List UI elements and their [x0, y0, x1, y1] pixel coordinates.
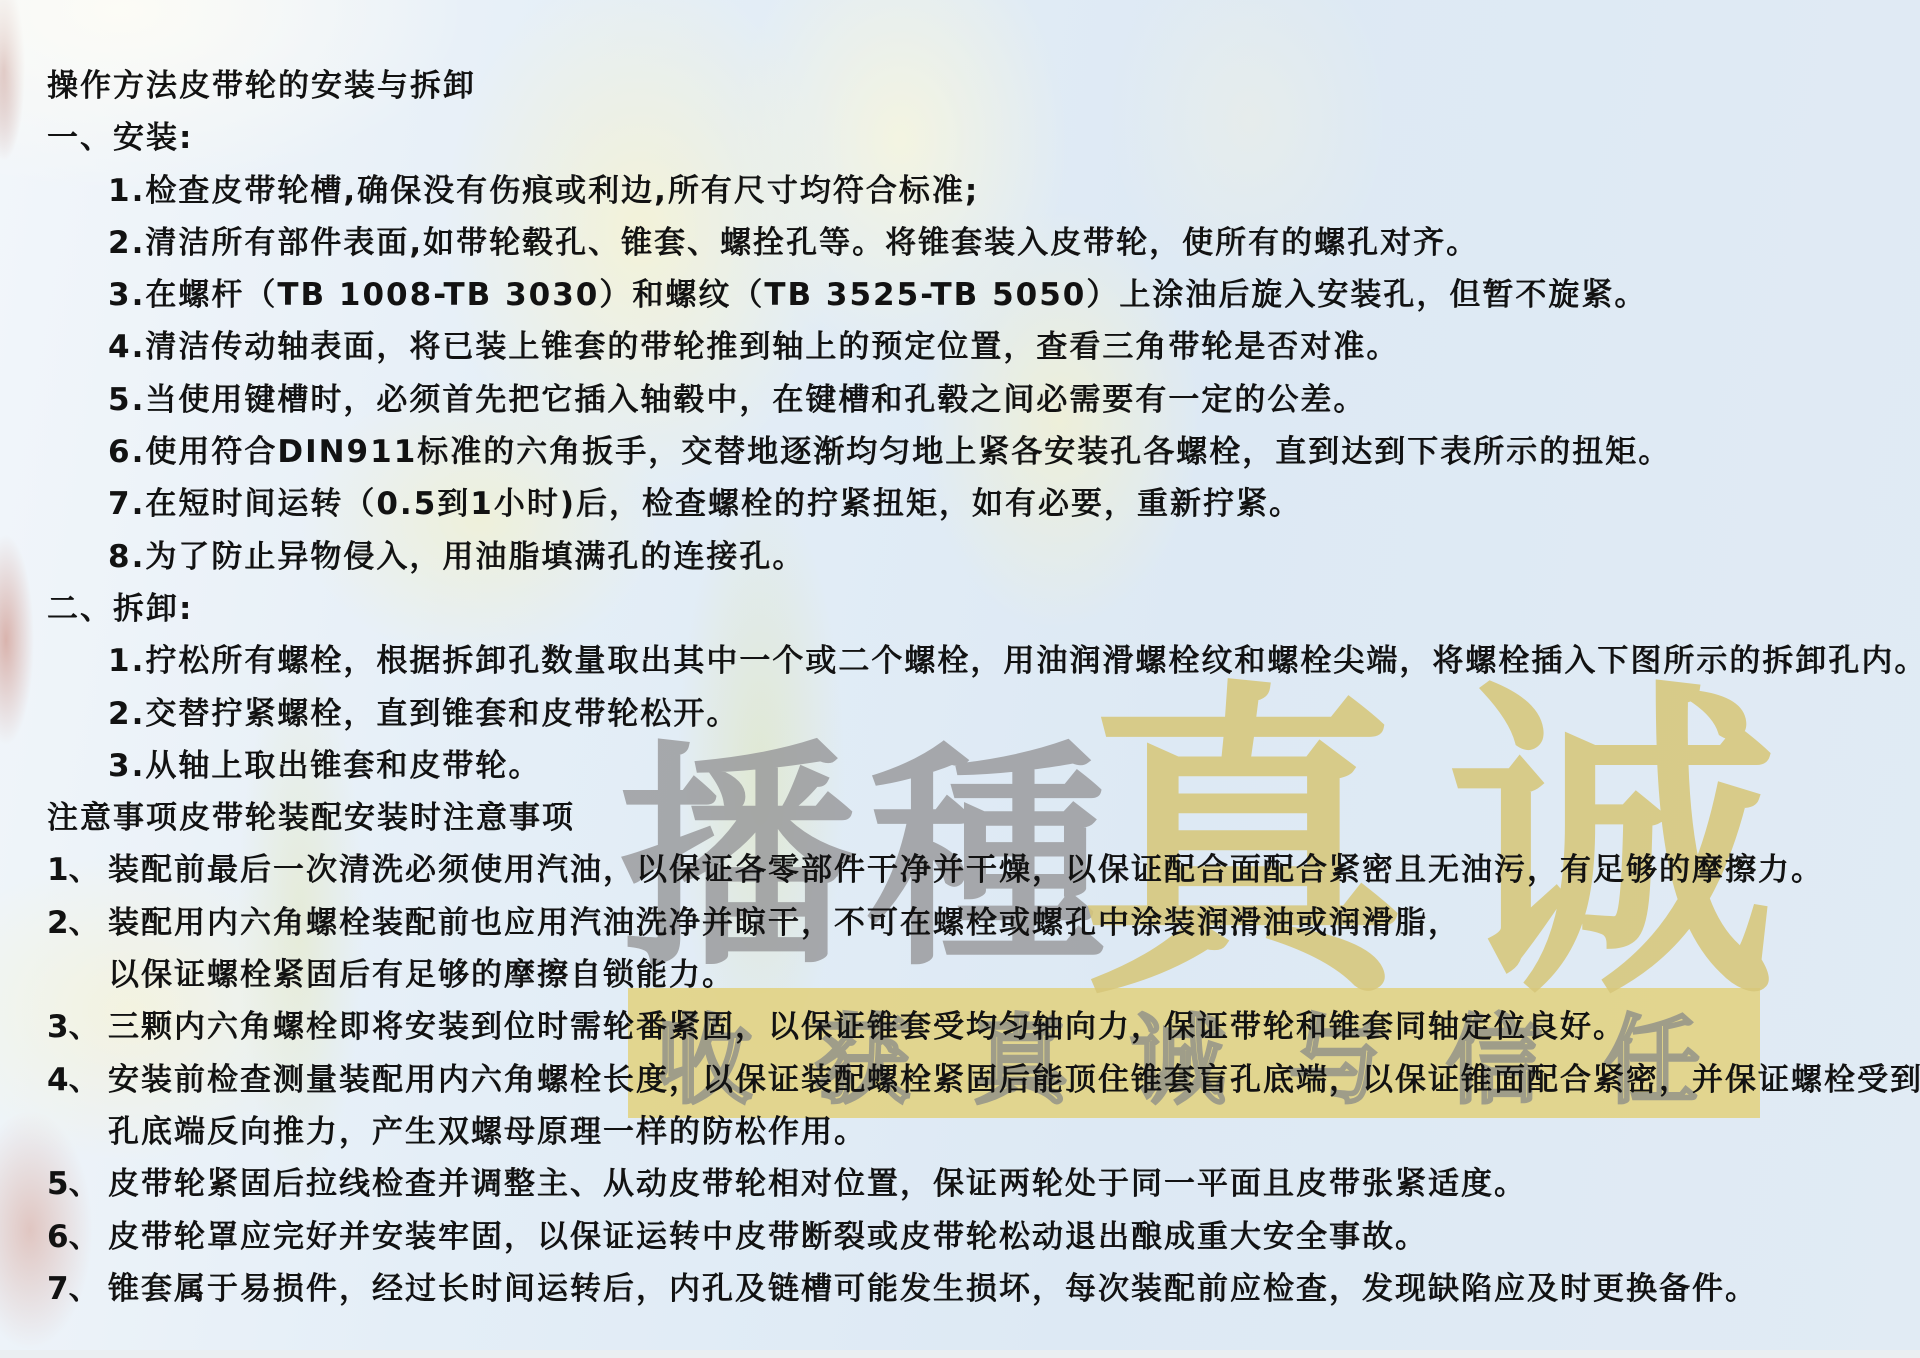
section-heading-text: 一、安装: — [47, 120, 193, 156]
list-item: 1.检查皮带轮槽,确保没有伤痕或利边,所有尺寸均符合标准; — [0, 165, 1920, 217]
document-title: 操作方法皮带轮的安装与拆卸 — [0, 60, 1920, 112]
note-number: 7、 — [47, 1263, 108, 1315]
note-number: 5、 — [47, 1158, 108, 1210]
note-item-text: 安装前检查测量装配用内六角螺栓长度，以保证装配螺栓紧固后能顶住锥套盲孔底端，以保… — [108, 1062, 1920, 1098]
list-item-text: 1.拧松所有螺栓，根据拆卸孔数量取出其中一个或二个螺栓，用油润滑螺栓纹和螺栓尖端… — [108, 643, 1920, 679]
note-number: 6、 — [47, 1211, 108, 1263]
list-item: 1.拧松所有螺栓，根据拆卸孔数量取出其中一个或二个螺栓，用油润滑螺栓纹和螺栓尖端… — [0, 635, 1920, 687]
list-item: 4.清洁传动轴表面，将已装上锥套的带轮推到轴上的预定位置，查看三角带轮是否对准。 — [0, 321, 1920, 373]
note-item: 3、三颗内六角螺栓即将安装到位时需轮番紧固，以保证锥套受均匀轴向力，保证带轮和锥… — [0, 1001, 1920, 1053]
note-item-text: 装配前最后一次清洗必须使用汽油，以保证各零部件干净并干燥，以保证配合面配合紧密且… — [108, 852, 1824, 888]
section-heading: 一、安装: — [0, 112, 1920, 164]
list-item-text: 7.在短时间运转（0.5到1小时)后，检查螺栓的拧紧扭矩，如有必要，重新拧紧。 — [108, 486, 1302, 522]
list-item-text: 2.交替拧紧螺栓，直到锥套和皮带轮松开。 — [108, 696, 739, 732]
document-title-text: 操作方法皮带轮的安装与拆卸 — [47, 68, 476, 104]
note-item-text: 三颗内六角螺栓即将安装到位时需轮番紧固，以保证锥套受均匀轴向力，保证带轮和锥套同… — [108, 1009, 1626, 1045]
list-item-text: 2.清洁所有部件表面,如带轮毂孔、锥套、螺拴孔等。将锥套装入皮带轮，使所有的螺孔… — [108, 225, 1479, 261]
note-item: 2、装配用内六角螺栓装配前也应用汽油洗净并晾干，不可在螺栓或螺孔中涂装润滑油或润… — [0, 897, 1920, 949]
note-number: 4、 — [47, 1054, 108, 1106]
notes-heading: 注意事项皮带轮装配安装时注意事项 — [0, 792, 1920, 844]
list-item: 3.从轴上取出锥套和皮带轮。 — [0, 740, 1920, 792]
list-item-text: 4.清洁传动轴表面，将已装上锥套的带轮推到轴上的预定位置，查看三角带轮是否对准。 — [108, 329, 1399, 365]
note-item: 6、皮带轮罩应完好并安装牢固，以保证运转中皮带断裂或皮带轮松动退出酿成重大安全事… — [0, 1211, 1920, 1263]
note-continuation: 以保证螺栓紧固后有足够的摩擦自锁能力。 — [0, 949, 1920, 1001]
note-item-text: 皮带轮紧固后拉线检查并调整主、从动皮带轮相对位置，保证两轮处于同一平面且皮带张紧… — [108, 1166, 1527, 1202]
note-continuation: 孔底端反向推力，产生双螺母原理一样的防松作用。 — [0, 1106, 1920, 1158]
list-item-text: 6.使用符合DIN911标准的六角扳手，交替地逐渐均匀地上紧各安装孔各螺栓，直到… — [108, 434, 1671, 470]
note-item-text: 皮带轮罩应完好并安装牢固，以保证运转中皮带断裂或皮带轮松动退出酿成重大安全事故。 — [108, 1219, 1428, 1255]
list-item: 2.清洁所有部件表面,如带轮毂孔、锥套、螺拴孔等。将锥套装入皮带轮，使所有的螺孔… — [0, 217, 1920, 269]
list-item: 6.使用符合DIN911标准的六角扳手，交替地逐渐均匀地上紧各安装孔各螺栓，直到… — [0, 426, 1920, 478]
list-item-text: 8.为了防止异物侵入，用油脂填满孔的连接孔。 — [108, 539, 805, 575]
list-item-text: 1.检查皮带轮槽,确保没有伤痕或利边,所有尺寸均符合标准; — [108, 173, 979, 209]
note-item: 4、安装前检查测量装配用内六角螺栓长度，以保证装配螺栓紧固后能顶住锥套盲孔底端，… — [0, 1054, 1920, 1106]
note-item-text: 装配用内六角螺栓装配前也应用汽油洗净并晾干，不可在螺栓或螺孔中涂装润滑油或润滑脂… — [108, 905, 1461, 941]
list-item: 5.当使用键槽时，必须首先把它插入轴毂中，在键槽和孔毂之间必需要有一定的公差。 — [0, 374, 1920, 426]
list-item-text: 3.从轴上取出锥套和皮带轮。 — [108, 748, 541, 784]
list-item: 3.在螺杆（TB 1008-TB 3030）和螺纹（TB 3525-TB 505… — [0, 269, 1920, 321]
list-item-text: 3.在螺杆（TB 1008-TB 3030）和螺纹（TB 3525-TB 505… — [108, 277, 1647, 313]
section-heading: 二、拆卸: — [0, 583, 1920, 635]
note-number: 2、 — [47, 897, 108, 949]
list-item: 8.为了防止异物侵入，用油脂填满孔的连接孔。 — [0, 531, 1920, 583]
list-item: 2.交替拧紧螺栓，直到锥套和皮带轮松开。 — [0, 688, 1920, 740]
note-continuation-text: 孔底端反向推力，产生双螺母原理一样的防松作用。 — [108, 1114, 867, 1150]
note-item: 7、锥套属于易损件，经过长时间运转后，内孔及链槽可能发生损坏，每次装配前应检查，… — [0, 1263, 1920, 1315]
document-page: 播種 收获真诚与信任 真诚 操作方法皮带轮的安装与拆卸一、安装:1.检查皮带轮槽… — [0, 0, 1920, 1358]
note-number: 3、 — [47, 1001, 108, 1053]
bottom-edge-strip — [0, 1350, 1920, 1358]
note-item: 5、皮带轮紧固后拉线检查并调整主、从动皮带轮相对位置，保证两轮处于同一平面且皮带… — [0, 1158, 1920, 1210]
note-number: 1、 — [47, 844, 108, 896]
list-item: 7.在短时间运转（0.5到1小时)后，检查螺栓的拧紧扭矩，如有必要，重新拧紧。 — [0, 478, 1920, 530]
list-item-text: 5.当使用键槽时，必须首先把它插入轴毂中，在键槽和孔毂之间必需要有一定的公差。 — [108, 382, 1366, 418]
note-item: 1、装配前最后一次清洗必须使用汽油，以保证各零部件干净并干燥，以保证配合面配合紧… — [0, 844, 1920, 896]
notes-heading-text: 注意事项皮带轮装配安装时注意事项 — [47, 800, 575, 836]
note-continuation-text: 以保证螺栓紧固后有足够的摩擦自锁能力。 — [108, 957, 735, 993]
document-text: 操作方法皮带轮的安装与拆卸一、安装:1.检查皮带轮槽,确保没有伤痕或利边,所有尺… — [0, 60, 1920, 1315]
note-item-text: 锥套属于易损件，经过长时间运转后，内孔及链槽可能发生损坏，每次装配前应检查，发现… — [108, 1271, 1758, 1307]
section-heading-text: 二、拆卸: — [47, 591, 193, 627]
